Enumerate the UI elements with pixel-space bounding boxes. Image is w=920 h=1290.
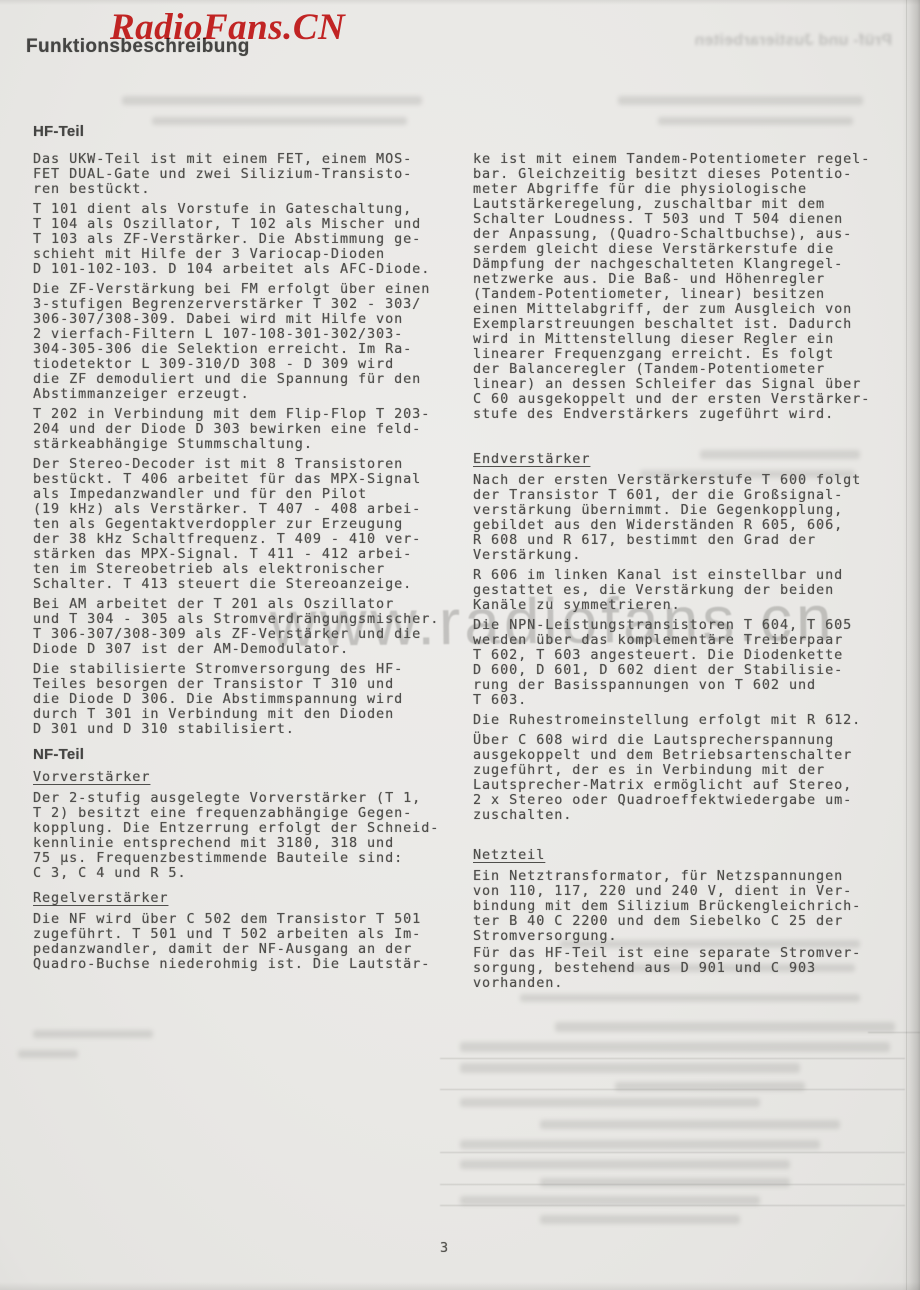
- paragraph: Das UKW-Teil ist mit einem FET, einem MO…: [33, 152, 457, 197]
- left-column: HF-Teil Das UKW-Teil ist mit einem FET, …: [33, 124, 457, 977]
- bleedthrough-smudge: [460, 1063, 800, 1073]
- bleedthrough-smudge: [460, 1042, 890, 1052]
- page-number: 3: [440, 1240, 448, 1256]
- paragraph: Die stabilisierte Stromversorgung des HF…: [33, 662, 457, 737]
- subsection-heading-vorverstaerker: Vorverstärker: [33, 770, 457, 785]
- bleedthrough-smudge: [460, 1160, 790, 1169]
- scan-edge-bottom: [0, 1282, 920, 1290]
- bleedthrough-smudge: [540, 1178, 790, 1187]
- bleedthrough-smudge: [18, 1050, 78, 1058]
- subsection-heading-regelverstaerker: Regelverstärker: [33, 891, 457, 906]
- bleedthrough-line: [440, 1089, 905, 1090]
- bleedthrough-smudge: [460, 1098, 760, 1107]
- paragraph: T 101 dient als Vorstufe in Gateschaltun…: [33, 202, 457, 277]
- paragraph: Die ZF-Verstärkung bei FM erfolgt über e…: [33, 282, 457, 402]
- bleedthrough-smudge: [658, 117, 853, 125]
- section-heading-nf-teil: NF-Teil: [33, 747, 457, 762]
- paragraph: Ein Netztransformator, für Netzspannunge…: [473, 869, 907, 944]
- bleedthrough-smudge: [555, 1022, 895, 1032]
- paragraph: ke ist mit einem Tandem-Potentiometer re…: [473, 152, 907, 422]
- bleedthrough-smudge: [33, 1030, 153, 1038]
- bleedthrough-smudge: [460, 1196, 760, 1205]
- bleedthrough-smudge: [540, 1120, 840, 1129]
- paragraph: Der Stereo-Decoder ist mit 8 Transistore…: [33, 457, 457, 592]
- bleedthrough-smudge: [122, 96, 422, 105]
- paragraph: Über C 608 wird die Lautsprecherspannung…: [473, 733, 907, 823]
- bleedthrough-line: [440, 1205, 905, 1206]
- subsection-heading-endverstaerker: Endverstärker: [473, 452, 907, 467]
- bleedthrough-line: [440, 1184, 905, 1185]
- section-heading-hf-teil: HF-Teil: [33, 124, 457, 139]
- paragraph: Für das HF-Teil ist eine separate Stromv…: [473, 946, 907, 991]
- red-watermark: RadioFans.CN: [110, 6, 345, 49]
- bleedthrough-line: [440, 1058, 905, 1059]
- right-column: ke ist mit einem Tandem-Potentiometer re…: [473, 152, 907, 996]
- paragraph: R 606 im linken Kanal ist einstellbar un…: [473, 568, 907, 613]
- paragraph: Nach der ersten Verstärkerstufe T 600 fo…: [473, 473, 907, 563]
- paragraph: Die NPN-Leistungstransistoren T 604, T 6…: [473, 618, 907, 708]
- bleedthrough-smudge: [540, 1215, 740, 1224]
- subsection-heading-netzteil: Netzteil: [473, 848, 907, 863]
- paragraph: Bei AM arbeitet der T 201 als Oszillator…: [33, 597, 457, 657]
- bleedthrough-heading: Prüf- und Justierarbeiten: [612, 32, 892, 50]
- bleedthrough-line: [440, 1152, 905, 1153]
- bleedthrough-smudge: [460, 1140, 820, 1149]
- scanned-manual-page: Prüf- und Justierarbeiten www.radiofans.…: [0, 0, 920, 1290]
- paragraph: T 202 in Verbindung mit dem Flip-Flop T …: [33, 407, 457, 452]
- scan-edge-top: [0, 0, 920, 5]
- paragraph: Der 2-stufig ausgelegte Vorverstärker (T…: [33, 791, 457, 881]
- paragraph: Die Ruhestromeinstellung erfolgt mit R 6…: [473, 713, 907, 728]
- bleedthrough-smudge: [618, 96, 863, 105]
- paragraph: Die NF wird über C 502 dem Transistor T …: [33, 912, 457, 972]
